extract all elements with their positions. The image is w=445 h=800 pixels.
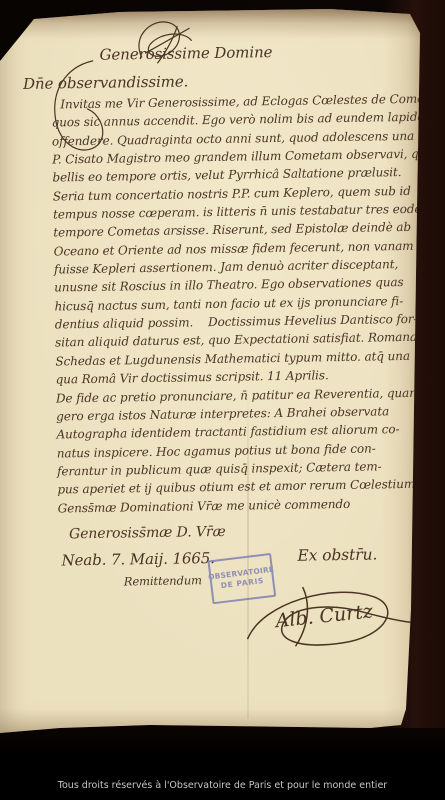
- dateline: Neab. 7. Maij. 1665.: [61, 549, 215, 569]
- letter-content: Generosissime Domine Dn̄e observandissim…: [0, 6, 436, 739]
- letter-body: Invitas me Vir Generosissime, ad Eclogas…: [51, 89, 445, 517]
- salutation-line: Dn̄e observandissime.: [23, 72, 189, 93]
- annotation-remittendum: Remittendum: [124, 573, 202, 588]
- manuscript-page: Generosissime Domine Dn̄e observandissim…: [0, 9, 430, 735]
- photo-background: Generosissime Domine Dn̄e observandissim…: [0, 0, 445, 800]
- copyright-caption: Tous droits réservés à l'Observatoire de…: [0, 780, 445, 791]
- letter-heading: Generosissime Domine: [99, 43, 272, 64]
- observatoire-stamp: OBSERVATOIRE DE PARIS: [207, 553, 276, 604]
- valediction: Ex obstr̄u.: [297, 545, 377, 564]
- subscription-line: Generosiss̄mæ D. Vr̄æ: [69, 524, 226, 542]
